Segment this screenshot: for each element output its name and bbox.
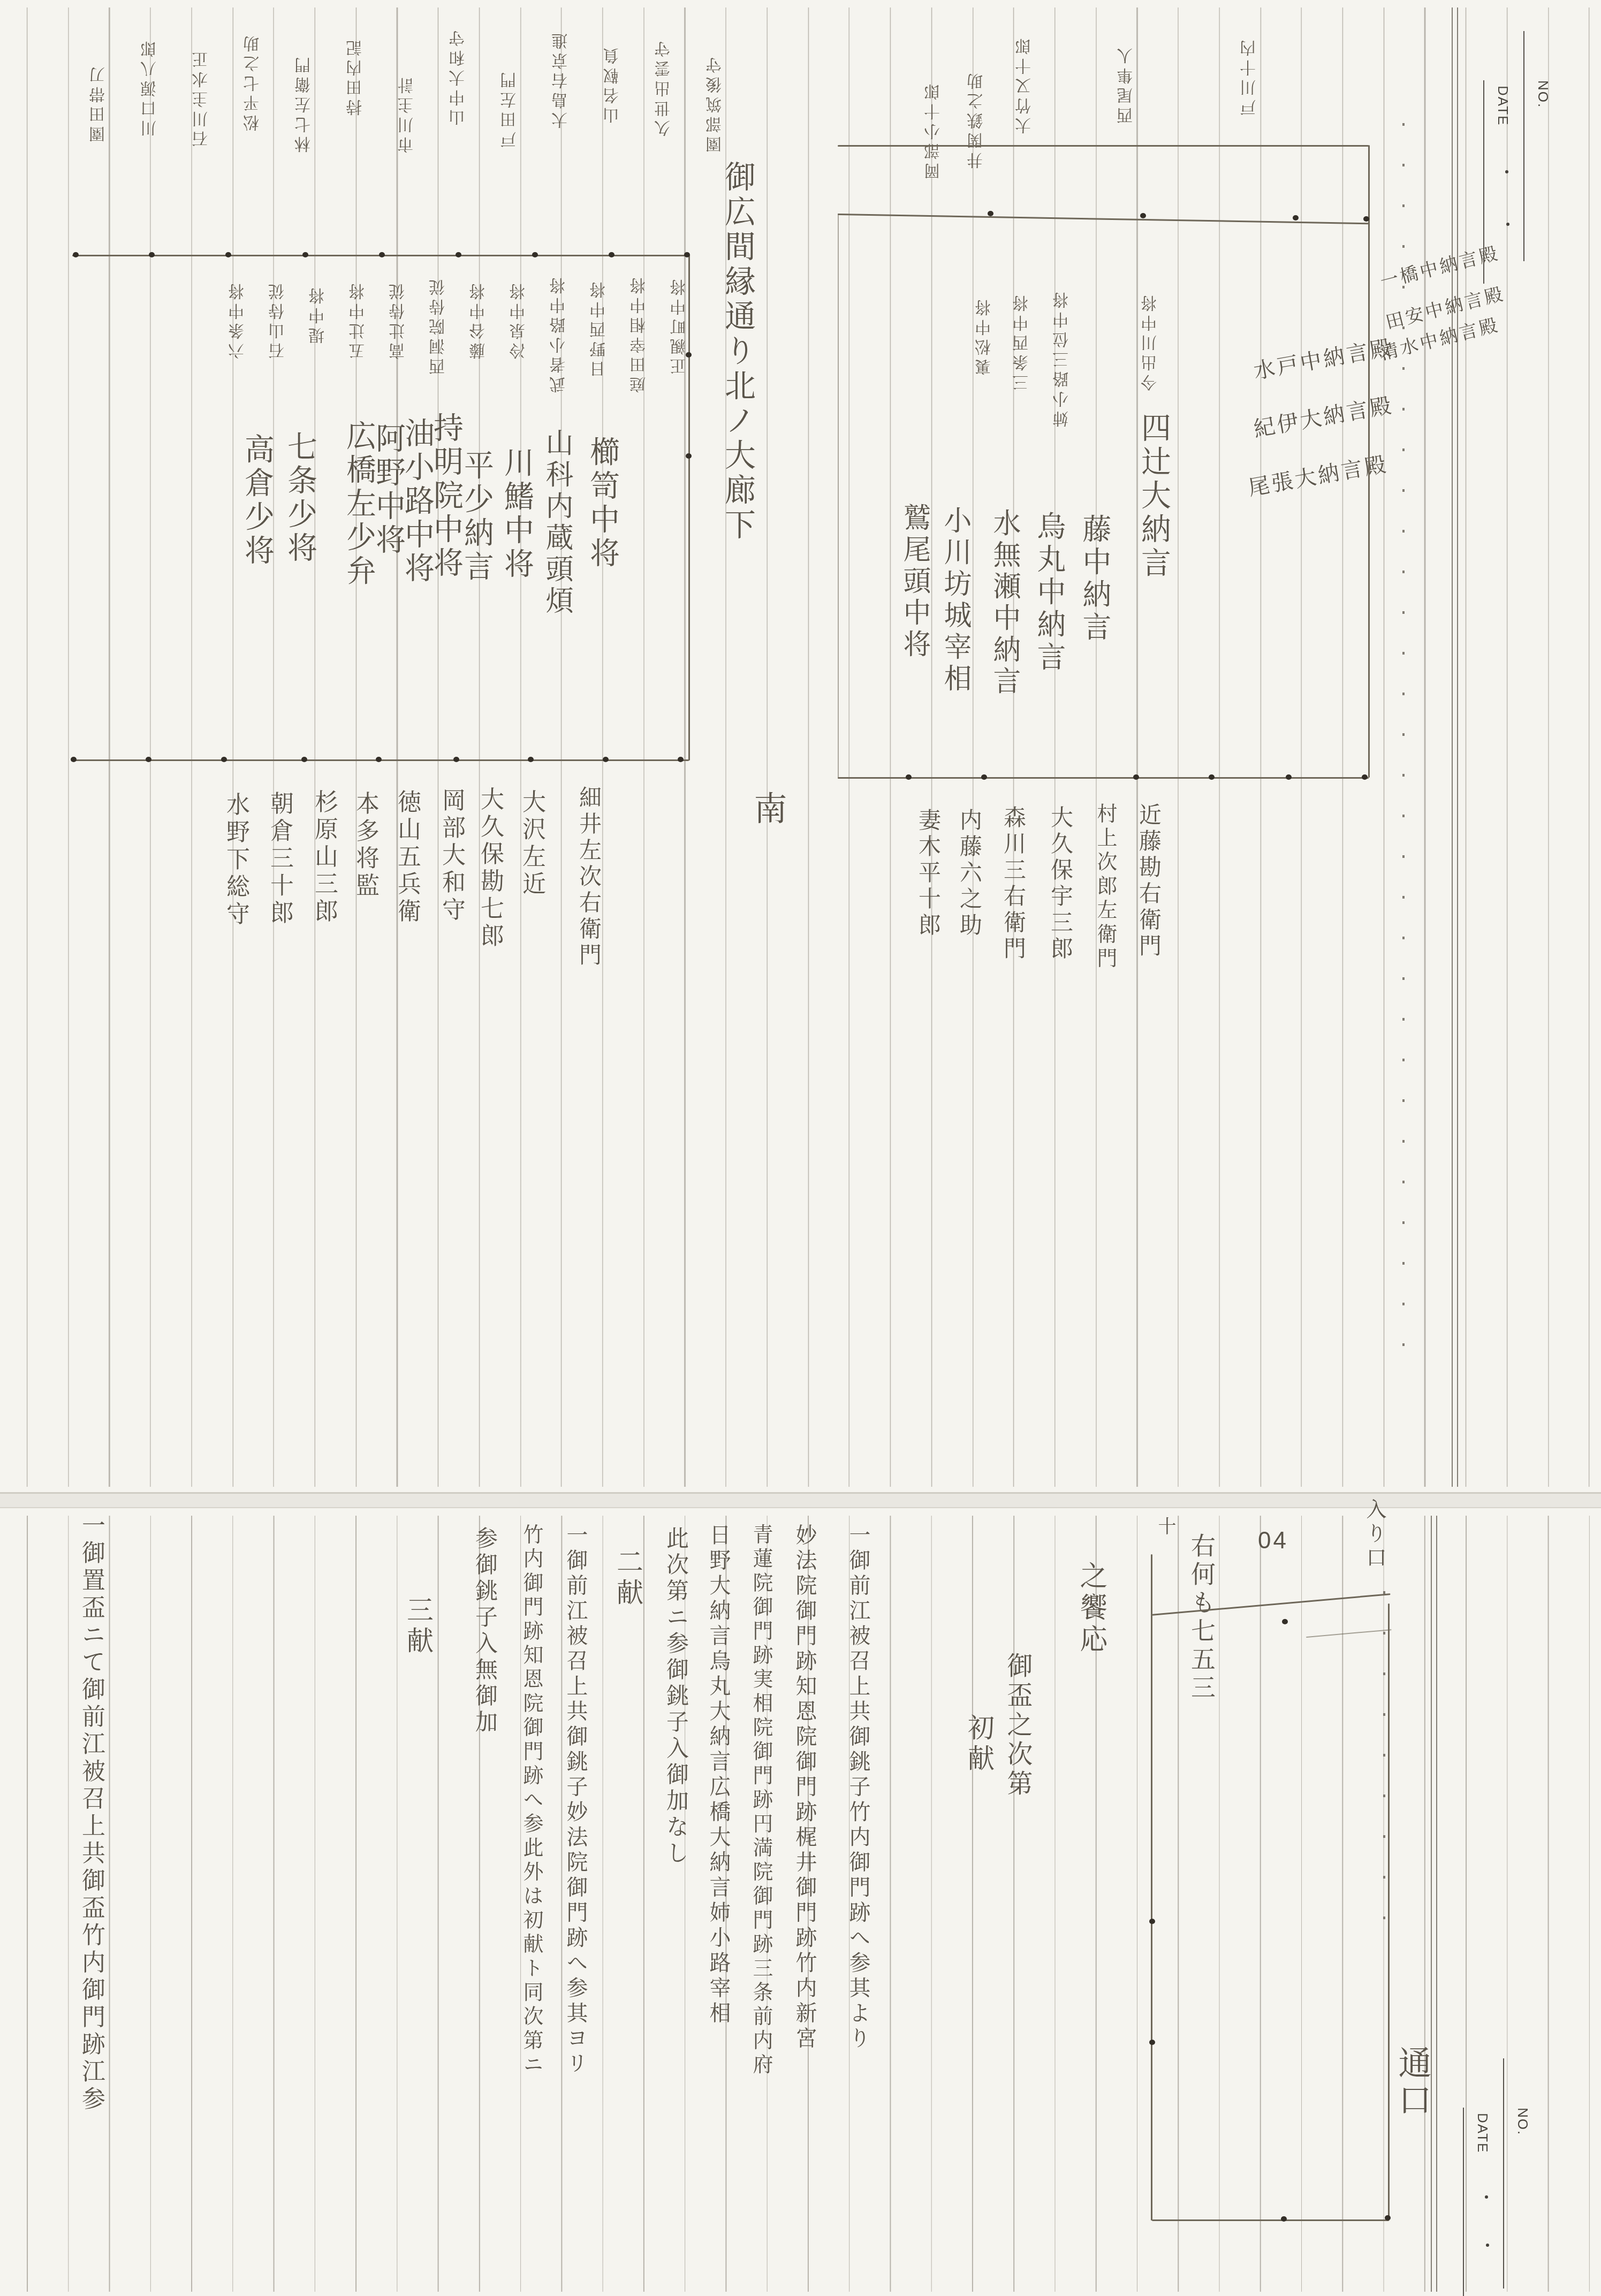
page-annotation: 04	[1258, 1527, 1288, 1554]
seat-name: 森川三右衛門	[1002, 805, 1025, 963]
room-edge	[1152, 2219, 1389, 2221]
notebook-page-bottom: NO. DATE 右何も七五三之饗応御盃之次第初献一御前江被召上共御銚子竹内御門…	[0, 1507, 1601, 2296]
seat-name: 大沢左近	[520, 789, 543, 899]
seat-name-inverted: 五辻中将	[351, 276, 367, 359]
junction-dot	[1293, 215, 1299, 221]
no-field-line	[1503, 2058, 1504, 2289]
junction-dot	[456, 252, 461, 257]
corridor-label: 御広間縁通り北ノ大廊下	[722, 161, 753, 543]
protocol-column: 此次第ニ参御銚子入御加なし	[665, 1526, 687, 1867]
junction-dot	[379, 252, 385, 257]
seat-name-inverted: 冷泉中将	[511, 276, 527, 359]
seat-name-inverted: 今出川中将	[1143, 286, 1159, 391]
seat-name-inverted: 高辻侍従	[391, 276, 407, 359]
seat-name: 川鰭中将	[502, 447, 532, 582]
date-separator-dot	[1486, 2244, 1489, 2247]
entrance-label: 入り口	[1364, 1499, 1384, 1571]
seat-name-inverted: 正親町中将	[672, 270, 688, 375]
seat-name: 大久保宇三郎	[1049, 805, 1072, 963]
note-column: 右何も七五三	[1189, 1533, 1214, 1703]
seat-name-inverted: 井関鉄之助	[969, 64, 985, 169]
seat-name-inverted: 園田帯刀	[91, 59, 107, 142]
seat-name: 本多将監	[353, 791, 377, 900]
seat-name-inverted: 庭田宰相中将	[632, 268, 648, 393]
seat-name-inverted: 藤谷中将	[471, 276, 487, 359]
seat-name-inverted: 裏松中将	[977, 292, 993, 375]
junction-dot	[149, 252, 155, 257]
seat-name-inverted: 日野西中将	[591, 273, 608, 377]
junction-dot	[301, 757, 307, 762]
junction-dot	[1282, 1619, 1288, 1624]
tick-mark: 十	[1156, 1517, 1174, 1539]
seat-name: 油小路中将	[403, 417, 433, 586]
date-separator-dot	[1506, 223, 1509, 226]
junction-dot	[532, 252, 538, 257]
seat-name-inverted: 六条中将	[230, 276, 246, 359]
date-label: DATE	[1494, 86, 1511, 126]
seat-name-inverted: 山中大和守	[451, 21, 467, 126]
junction-dot	[981, 774, 987, 780]
junction-dot	[528, 757, 534, 762]
seat-name-inverted: 山名靫負	[605, 40, 621, 124]
protocol-column: 妙法院御門跡知恩院御門跡梶井御門跡竹内新宮	[794, 1524, 815, 2052]
ruled-lines	[0, 7, 1601, 1487]
seat-name: 岡部大和守	[439, 788, 463, 924]
table-edge	[1368, 145, 1370, 778]
no-label: NO.	[1535, 80, 1551, 108]
seat-name: 徳山五兵衛	[395, 789, 419, 926]
date-field-line	[1463, 2108, 1464, 2296]
protocol-column: 竹内御門跡知恩院御門跡へ参此外は初献ト同次第ニ	[521, 1524, 541, 2078]
seat-name: 近藤勘右衛門	[1137, 803, 1160, 960]
junction-dot	[609, 252, 614, 257]
note-column: 三献	[405, 1596, 431, 1657]
seat-name: 櫛笥中将	[588, 436, 618, 571]
seat-name-inverted: 戸田左門	[502, 64, 518, 148]
junction-dot	[1149, 1919, 1155, 1924]
margin-line	[1452, 7, 1453, 1487]
junction-dot	[1133, 774, 1139, 780]
seat-name-inverted: 大島右京進	[553, 24, 570, 128]
junction-dot	[225, 252, 231, 257]
doorway-label: 通口	[1395, 2046, 1428, 2119]
note-column: 二献	[614, 1548, 641, 1609]
date-separator-dot	[1485, 2195, 1488, 2199]
seat-name-inverted: 川口源八郎	[142, 32, 158, 136]
junction-dot	[146, 757, 151, 762]
junction-dot	[1362, 774, 1368, 780]
notebook-page-top: NO. DATE 御広間縁通り北ノ大廊下南園部筑後守久世出雲守山名靫負大島右京進…	[0, 0, 1601, 1494]
seat-name-inverted: 久世出雲守	[656, 32, 672, 136]
seat-name: 村上次郎左衛門	[1095, 803, 1115, 971]
seat-name: 阿野中将	[374, 423, 404, 558]
junction-dot	[1363, 216, 1369, 222]
seat-name-inverted: 堤中将	[310, 281, 327, 344]
junction-dot	[1149, 2040, 1155, 2045]
seat-name-inverted: 林七左衛門	[297, 48, 313, 153]
seat-name: 平少納言	[462, 450, 492, 584]
south-label: 南	[750, 791, 784, 828]
seat-name-inverted: 持田内記	[348, 32, 364, 116]
seat-name-inverted: 三条西中将	[1014, 286, 1030, 391]
note-column: 之饗応	[1077, 1561, 1105, 1656]
junction-dot	[302, 252, 308, 257]
seat-name: 山科内蔵頭煩	[543, 428, 571, 618]
note-column: 初献	[966, 1714, 992, 1775]
seat-name-inverted: 岡部小十郎	[926, 75, 942, 179]
junction-dot	[1209, 774, 1215, 780]
table-edge	[838, 145, 1369, 147]
junction-dot	[1385, 2215, 1391, 2221]
junction-dot	[1281, 2216, 1287, 2222]
table-edge	[688, 255, 690, 761]
junction-dot	[73, 252, 79, 257]
junction-dot	[221, 757, 227, 762]
junction-dot	[686, 352, 692, 358]
junction-dot	[906, 774, 912, 780]
seat-name-inverted: 大竹又十郎	[1017, 29, 1033, 134]
junction-dot	[684, 252, 690, 257]
margin-line	[1457, 7, 1458, 1487]
seat-name: 七条少将	[285, 431, 315, 566]
junction-dot	[1140, 213, 1146, 218]
seat-name: 小川坊城宰相	[941, 506, 969, 695]
seat-name-inverted: 姉小路三位中将	[1054, 281, 1071, 427]
room-edge	[1151, 1554, 1152, 2221]
seat-name: 妻木平十郎	[917, 808, 939, 939]
seat-name: 四辻大納言	[1139, 412, 1169, 581]
seat-name: 広橋左少弁	[344, 420, 374, 589]
protocol-column: 一御置盃ニて御前江被召上共御盃竹内御門跡江参	[79, 1513, 103, 2113]
seat-name-inverted: 西洞院侍従	[431, 270, 447, 375]
seat-name-inverted: 石川主水正	[194, 43, 210, 147]
no-field-line	[1523, 31, 1524, 261]
seat-name: 杉原山三郎	[312, 789, 336, 926]
seat-name: 大久保勘七郎	[478, 787, 502, 951]
junction-dot	[376, 757, 382, 762]
seat-name-inverted: 西尾隼人	[1119, 40, 1135, 124]
junction-dot	[71, 757, 77, 762]
seat-name-inverted: 松平七之助	[245, 27, 261, 131]
protocol-column: 一御前江被召上共御銚子竹内御門跡へ参其より	[847, 1524, 869, 2052]
seat-name: 藤中納言	[1080, 514, 1109, 644]
seat-name: 鷲尾頭中将	[900, 503, 928, 661]
seat-name: 高倉少将	[242, 434, 272, 568]
protocol-column: 一御前江被召上共御銚子妙法院御門跡へ参其ヨリ	[565, 1524, 586, 2077]
seat-name: 水無瀬中納言	[990, 508, 1018, 698]
seat-name: 朝倉三十郎	[268, 791, 291, 927]
junction-dot	[1286, 774, 1292, 780]
seat-name: 烏丸中納言	[1035, 511, 1064, 674]
scanned-notebook: NO. DATE 御広間縁通り北ノ大廊下南園部筑後守久世出雲守山名靫負大島右京進…	[0, 0, 1601, 2296]
protocol-column: 参御銚子入無御加	[474, 1526, 496, 1736]
note-column: 御盃之次第	[1004, 1652, 1030, 1799]
protocol-column: 日野大納言烏丸大納言広橋大納言姉小路宰相	[708, 1524, 729, 2027]
protocol-column: 青蓮院御門跡実相院御門跡円満院御門跡三条前内府	[750, 1524, 771, 2078]
seat-name-inverted: 市川主計	[399, 70, 415, 153]
junction-dot	[603, 757, 609, 762]
junction-dot	[678, 757, 684, 762]
margin-line	[1431, 1516, 1432, 2292]
seat-name-inverted: 戸川十内	[1242, 32, 1258, 116]
margin-line	[1436, 1516, 1437, 2292]
seat-name: 細井左次右衛門	[578, 786, 600, 969]
junction-dot	[686, 453, 692, 459]
perforation-dots	[1383, 1591, 1385, 1934]
seat-name-inverted: 園部筑後守	[708, 48, 724, 153]
room-edge	[1388, 1603, 1390, 2221]
no-label: NO.	[1514, 2108, 1531, 2135]
junction-dot	[453, 757, 459, 762]
table-edge	[838, 214, 839, 778]
seat-name-inverted: 武者小路中将	[551, 268, 567, 393]
seat-name: 水野下総守	[224, 792, 247, 929]
date-label: DATE	[1474, 2113, 1491, 2153]
seat-name: 内藤六之助	[958, 808, 981, 939]
date-separator-dot	[1505, 170, 1508, 173]
seat-name-inverted: 石山侍従	[270, 276, 286, 359]
seat-name: 持明院中将	[431, 412, 461, 581]
junction-dot	[988, 211, 993, 216]
